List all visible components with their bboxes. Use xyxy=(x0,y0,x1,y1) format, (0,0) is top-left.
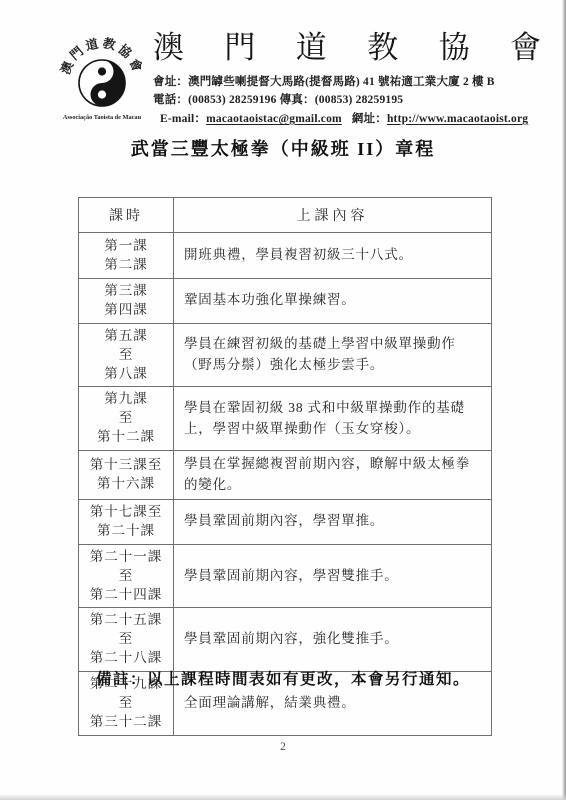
letterhead: 澳門道教協會 會址：澳門罅些喇提督大馬路(提督馬路) 41 號祐適工業大廈 2 … xyxy=(153,30,541,129)
table-row: 第五課至第八課學員在練習初級的基礎上學習中級單操動作（野馬分鬃）強化太極步雲手。 xyxy=(79,323,492,387)
session-cell: 第二十五課至第二十八課 xyxy=(79,608,174,672)
scan-edge-right xyxy=(562,0,566,800)
content-cell: 學員在掌握總複習前期內容，瞭解中級太極拳的變化。 xyxy=(174,451,492,500)
table-header: 課時 上課內容 xyxy=(79,198,492,233)
table-header-row: 課時 上課內容 xyxy=(79,198,492,233)
table-row: 第十三課至第十六課學員在掌握總複習前期內容，瞭解中級太極拳的變化。 xyxy=(79,451,492,500)
address-line: 會址：澳門罅些喇提督大馬路(提督馬路) 41 號祐適工業大廈 2 樓 B xyxy=(153,73,541,92)
yin-yang-icon xyxy=(79,60,125,106)
logo-subtitle: Associação Taoista de Macau xyxy=(63,114,142,121)
website-link[interactable]: http://www.macaotaoist.org xyxy=(387,113,528,125)
session-cell: 第一課第二課 xyxy=(79,233,174,279)
scanned-document-page: 澳門道教協會 Associação Taoista de Macau 澳門道教協… xyxy=(0,0,566,800)
content-cell: 學員在鞏固初級 38 式和中級單操動作的基礎上，學習中級單操動作（玉女穿梭）。 xyxy=(174,387,492,451)
content-cell: 開班典禮，學員複習初級三十八式。 xyxy=(174,233,492,279)
association-logo: 澳門道教協會 Associação Taoista de Macau xyxy=(58,28,146,129)
course-schedule-table: 課時 上課內容 第一課第二課開班典禮，學員複習初級三十八式。第三課第四課鞏固基本… xyxy=(78,197,492,736)
session-cell: 第十三課至第十六課 xyxy=(79,451,174,500)
content-cell: 學員鞏固前期內容，學習單推。 xyxy=(174,499,492,544)
table-row: 第三課第四課鞏固基本功強化單操練習。 xyxy=(79,279,492,324)
table-row: 第九課至第十二課學員在鞏固初級 38 式和中級單操動作的基礎上，學習中級單操動作… xyxy=(79,387,492,451)
website-label: 網址： xyxy=(352,113,387,125)
content-cell: 學員鞏固前期內容，強化雙推手。 xyxy=(174,608,492,672)
content-cell: 學員鞏固前期內容，學習雙推手。 xyxy=(174,544,492,608)
course-table-body: 第一課第二課開班典禮，學員複習初級三十八式。第三課第四課鞏固基本功強化單操練習。… xyxy=(79,233,492,736)
email-website-line: E-mail：macaotaoistac@gmail.com網址：http://… xyxy=(153,110,541,129)
session-cell: 第三課第四課 xyxy=(79,279,174,324)
content-cell: 學員在練習初級的基礎上學習中級單操動作（野馬分鬃）強化太極步雲手。 xyxy=(174,323,492,387)
document-title: 武當三豐太極拳（中級班 II）章程 xyxy=(0,135,566,161)
email-label: E-mail： xyxy=(160,113,206,125)
session-cell: 第九課至第十二課 xyxy=(79,387,174,451)
remark-note: 備註：以上課程時間表如有更改，本會另行通知。 xyxy=(0,667,566,689)
table-row: 第二十一課至第二十四課學員鞏固前期內容，學習雙推手。 xyxy=(79,544,492,608)
session-cell: 第五課至第八課 xyxy=(79,323,174,387)
table-row: 第一課第二課開班典禮，學員複習初級三十八式。 xyxy=(79,233,492,279)
table-row: 第二十五課至第二十八課學員鞏固前期內容，強化雙推手。 xyxy=(79,608,492,672)
column-header-content: 上課內容 xyxy=(174,198,492,233)
phone-fax-line: 電話：(00853) 28259196 傳真：(00853) 28259195 xyxy=(153,91,541,110)
content-cell: 鞏固基本功強化單操練習。 xyxy=(174,279,492,324)
yin-yang-logo-graphic: 澳門道教協會 Associação Taoista de Macau xyxy=(58,28,146,124)
contact-block: 會址：澳門罅些喇提督大馬路(提督馬路) 41 號祐適工業大廈 2 樓 B 電話：… xyxy=(153,73,541,129)
table-row: 第十七課至第二十課學員鞏固前期內容，學習單推。 xyxy=(79,499,492,544)
page-number: 2 xyxy=(0,741,566,753)
email-link[interactable]: macaotaoistac@gmail.com xyxy=(206,113,342,125)
organization-name: 澳門道教協會 xyxy=(153,30,541,66)
session-cell: 第十七課至第二十課 xyxy=(79,499,174,544)
column-header-session: 課時 xyxy=(79,198,174,233)
scan-edge-bottom xyxy=(0,794,566,800)
session-cell: 第二十一課至第二十四課 xyxy=(79,544,174,608)
